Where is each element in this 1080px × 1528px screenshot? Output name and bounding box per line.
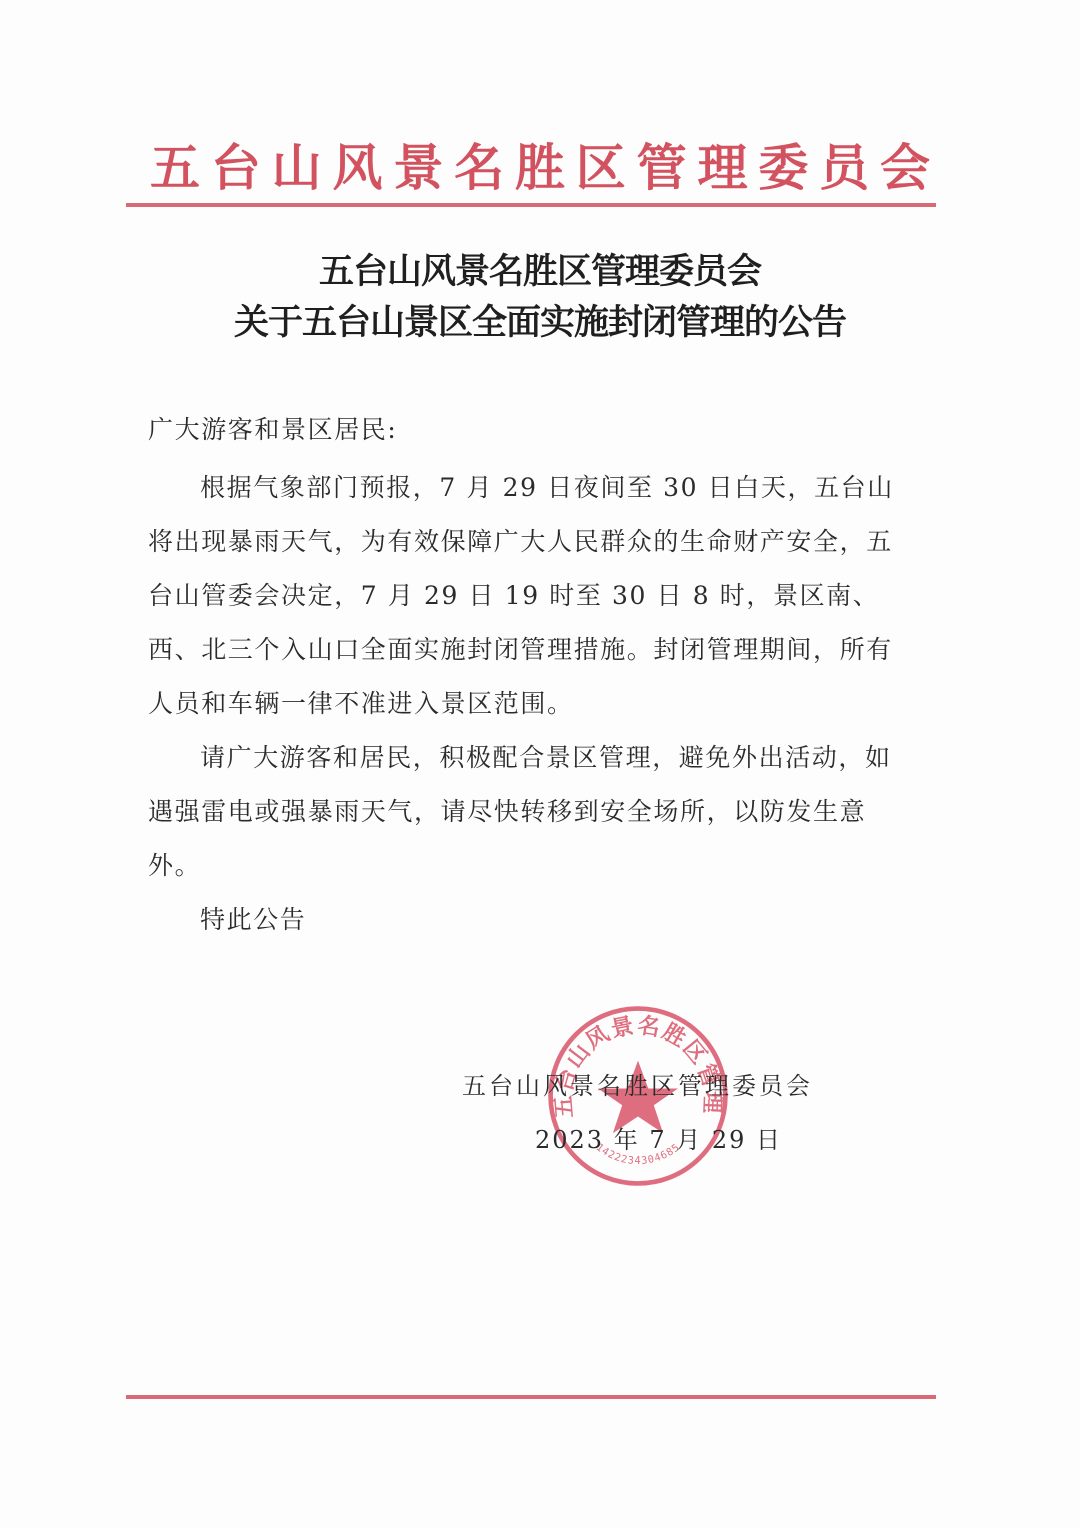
document-page: 五台山风景名胜区管理委员会 五台山风景名胜区管理委员会 关于五台山景区全面实施封… bbox=[0, 0, 1080, 1528]
closing-remark: 特此公告 bbox=[200, 893, 960, 947]
letterhead-char: 景 bbox=[393, 128, 443, 200]
letterhead-char: 管 bbox=[637, 128, 687, 200]
letterhead-divider-bottom bbox=[126, 1395, 936, 1399]
letterhead-char: 胜 bbox=[515, 128, 565, 200]
letterhead-char: 风 bbox=[332, 128, 382, 200]
letterhead-char: 会 bbox=[880, 128, 930, 200]
letterhead-char: 委 bbox=[758, 128, 808, 200]
letterhead-char: 五 bbox=[150, 128, 200, 200]
body-paragraph-1: 根据气象部门预报，7 月 29 日夜间至 30 日白天，五台山将出现暴雨天气，为… bbox=[148, 461, 908, 731]
letterhead-char: 山 bbox=[272, 128, 322, 200]
letterhead-divider-top bbox=[126, 203, 936, 207]
letterhead-char: 台 bbox=[211, 128, 261, 200]
signature-date: 2023 年 7 月 29 日 bbox=[535, 1120, 782, 1155]
notice-title-line-2: 关于五台山景区全面实施封闭管理的公告 bbox=[0, 295, 1080, 345]
letterhead-char: 名 bbox=[454, 128, 504, 200]
letterhead-char: 员 bbox=[819, 128, 869, 200]
salutation: 广大游客和景区居民: bbox=[148, 403, 908, 457]
body-paragraph-2: 请广大游客和居民，积极配合景区管理，避免外出活动，如遇强雷电或强暴雨天气，请尽快… bbox=[148, 731, 908, 893]
letterhead-char: 理 bbox=[697, 128, 747, 200]
notice-title-line-1: 五台山风景名胜区管理委员会 bbox=[0, 244, 1080, 294]
letterhead-char: 区 bbox=[576, 128, 626, 200]
signature-organization: 五台山风景名胜区管理委员会 bbox=[462, 1066, 813, 1101]
letterhead-title: 五台山风景名胜区管理委员会 bbox=[120, 128, 960, 200]
